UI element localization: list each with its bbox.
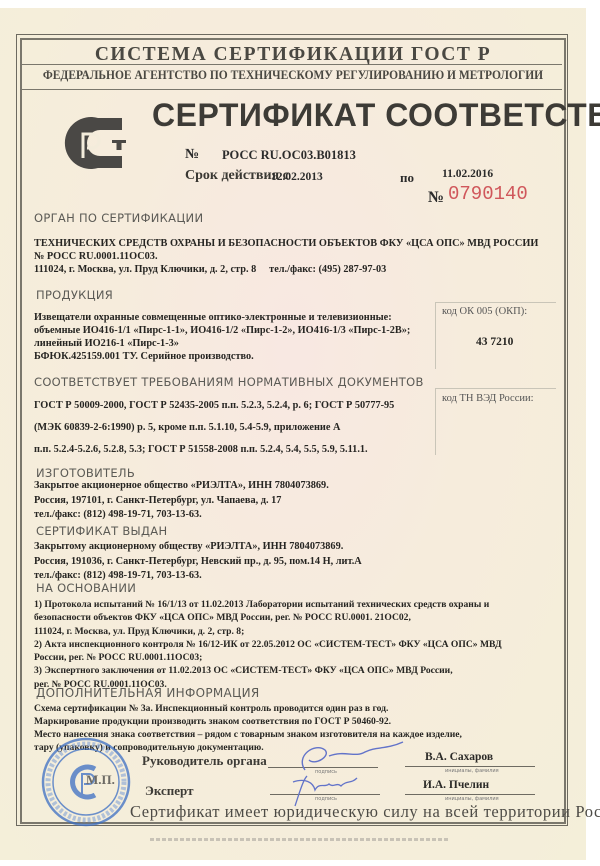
name-caption: инициалы, фамилия (445, 768, 499, 774)
issued-to-details: Закрытому акционерному обществу «РИЭЛТА»… (34, 540, 362, 584)
tnved-code-label: код ТН ВЭД России: (442, 393, 534, 404)
document-title: СЕРТИФИКАТ СООТВЕТСТВИЯ (152, 97, 600, 134)
legal-validity-note: Сертификат имеет юридическую силу на все… (130, 802, 600, 822)
basis-line: 3) Экспертного заключения от 11.02.2013 … (34, 664, 502, 677)
head-signature-icon (285, 736, 415, 774)
header-divider (22, 89, 562, 90)
valid-to-label: по (400, 170, 414, 186)
expert-name-line (405, 794, 535, 795)
product-line: линейный ИО216-1 «Пирс-1-3» (34, 337, 410, 350)
manufacturer-line: Закрытое акционерное общество «РИЭЛТА», … (34, 479, 329, 494)
manufacturer-line: тел./факс: (812) 498-19-71, 703-13-63. (34, 508, 329, 523)
standards-line: п.п. 5.2.4-5.2.6, 5.2.8, 5.3; ГОСТ Р 515… (34, 439, 394, 461)
printer-imprint-unreadable (150, 838, 450, 841)
head-of-body-name: В.А. Сахаров (425, 751, 493, 763)
agency-name: ФЕДЕРАЛЬНОЕ АГЕНТСТВО ПО ТЕХНИЧЕСКОМУ РЕ… (23, 68, 562, 83)
issued-to-heading: СЕРТИФИКАТ ВЫДАН (36, 524, 167, 538)
product-line: БФЮК.425159.001 ТУ. Серийное производств… (34, 350, 410, 363)
basis-line: безопасности объектов ФКУ «ЦСА ОПС» МВД … (34, 611, 502, 624)
manufacturer-heading: ИЗГОТОВИТЕЛЬ (36, 466, 135, 480)
valid-to-date: 11.02.2016 (442, 168, 493, 180)
okp-code-box: код ОК 005 (ОКП): 43 7210 (435, 302, 556, 369)
basis-line: 2) Акта инспекционного контроля № 16/12-… (34, 638, 502, 651)
additional-info-line: Маркирование продукции производить знако… (34, 715, 462, 728)
standards-line: ГОСТ Р 50009-2000, ГОСТ Р 52435-2005 п.п… (34, 395, 394, 417)
valid-from-date: 12.02.2013 (271, 171, 323, 183)
standards-list: ГОСТ Р 50009-2000, ГОСТ Р 52435-2005 п.п… (34, 395, 394, 461)
basis-line: России, рег. № РОСС RU.0001.11ОС03; (34, 651, 502, 664)
manufacturer-details: Закрытое акционерное общество «РИЭЛТА», … (34, 479, 329, 523)
form-number-label: № (428, 189, 444, 207)
issued-to-line: Россия, 191036, г. Санкт-Петербург, Невс… (34, 555, 362, 570)
additional-info-line: Схема сертификации № 3а. Инспекционный к… (34, 702, 462, 715)
standards-heading: СООТВЕТСТВУЕТ ТРЕБОВАНИЯМ НОРМАТИВНЫХ ДО… (34, 375, 424, 389)
basis-line: 1) Протокола испытаний № 16/1/13 от 11.0… (34, 598, 502, 611)
manufacturer-line: Россия, 197101, г. Санкт-Петербург, ул. … (34, 494, 329, 509)
tnved-code-box: код ТН ВЭД России: (435, 388, 556, 455)
product-line: объемные ИО416-1/1 «Пирс-1-1», ИО416-1/2… (34, 324, 410, 337)
additional-info-heading: ДОПОЛНИТЕЛЬНАЯ ИНФОРМАЦИЯ (36, 686, 260, 700)
head-of-body-label: Руководитель органа (142, 753, 267, 769)
certification-body-details: ТЕХНИЧЕСКИХ СРЕДСТВ ОХРАНЫ И БЕЗОПАСНОСТ… (34, 237, 538, 276)
basis-line: 111024, г. Москва, ул. Пруд Ключики, д. … (34, 625, 502, 638)
product-description: Извещатели охранные совмещенные оптико-э… (34, 311, 410, 363)
standards-line: (МЭК 60839-2-6:1990) р. 5, кроме п.п. 5.… (34, 417, 394, 439)
okp-code-value: 43 7210 (476, 336, 513, 349)
basis-details: 1) Протокола испытаний № 16/1/13 от 11.0… (34, 598, 502, 691)
basis-heading: НА ОСНОВАНИИ (36, 581, 136, 595)
certification-body-line: ТЕХНИЧЕСКИХ СРЕДСТВ ОХРАНЫ И БЕЗОПАСНОСТ… (34, 237, 538, 250)
certificate-number: РОСС RU.ОС03.В01813 (222, 148, 356, 163)
issued-to-line: Закрытому акционерному обществу «РИЭЛТА»… (34, 540, 362, 555)
rst-conformity-mark-icon (62, 116, 130, 170)
expert-name: И.А. Пчелин (423, 779, 489, 791)
stamp-place-label: М.П. (86, 772, 115, 788)
system-title: СИСТЕМА СЕРТИФИКАЦИИ ГОСТ Р (0, 44, 586, 66)
okp-code-label: код ОК 005 (ОКП): (442, 306, 527, 317)
certification-body-line: № РОСС RU.0001.11ОС03. (34, 250, 538, 263)
product-heading: ПРОДУКЦИЯ (36, 288, 113, 302)
certificate-number-label: № (185, 147, 199, 163)
product-line: Извещатели охранные совмещенные оптико-э… (34, 311, 410, 324)
certification-body-line: 111024, г. Москва, ул. Пруд Ключики, д. … (34, 263, 538, 276)
expert-label: Эксперт (145, 783, 193, 799)
certification-body-heading: ОРГАН ПО СЕРТИФИКАЦИИ (34, 211, 203, 225)
head-name-line (405, 766, 535, 767)
form-number: 0790140 (448, 183, 528, 205)
